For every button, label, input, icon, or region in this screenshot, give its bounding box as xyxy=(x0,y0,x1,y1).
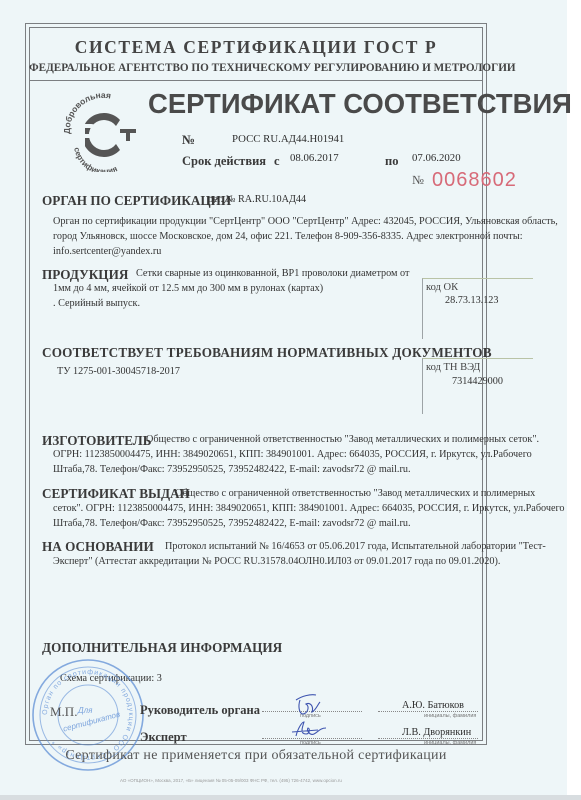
additional-info-heading: ДОПОЛНИТЕЛЬНАЯ ИНФОРМАЦИЯ xyxy=(42,640,282,656)
manufacturer-line-1: Общество с ограниченной ответственностью… xyxy=(146,432,539,448)
product-line-1: Сетки сварные из оцинкованной, ВР1 прово… xyxy=(136,266,409,282)
printer-imprint: АО «ОПЦИОН», Москва, 2017, «Б» лицензия … xyxy=(120,778,342,783)
manufacturer-line-3: Штаба,78. Телефон/Факс: 73952950525, 739… xyxy=(53,462,411,478)
certification-body-line-1: Орган по сертификации продукции "СертЦен… xyxy=(53,214,558,230)
expert-name-line xyxy=(378,738,478,739)
head-name-line xyxy=(378,711,478,712)
paper-edge xyxy=(567,0,581,800)
certification-body-heading: ОРГАН ПО СЕРТИФИКАЦИИ xyxy=(42,193,231,209)
agency-name: ФЕДЕРАЛЬНОЕ АГЕНТСТВО ПО ТЕХНИЧЕСКОМУ РЕ… xyxy=(29,62,483,74)
basis-line-2: Эксперт" (Аттестат аккредитации № РОСС R… xyxy=(53,554,500,570)
normative-document: ТУ 1275-001-30045718-2017 xyxy=(57,364,180,380)
manufacturer-line-2: ОГРН: 1123850004475, ИНН: 3849020651, КП… xyxy=(53,447,532,463)
basis-heading: НА ОСНОВАНИИ xyxy=(42,539,154,555)
valid-to-label: по xyxy=(385,154,398,169)
issued-to-heading: СЕРТИФИКАТ ВЫДАН xyxy=(42,486,190,502)
issued-to-line-1: Общество с ограниченной ответственностью… xyxy=(175,486,535,502)
basis-line-1: Протокол испытаний № 16/4653 от 05.06.20… xyxy=(165,539,546,555)
expert-name: Л.В. Дворянкин xyxy=(402,727,471,738)
okpd-code-value: 28.73.13.123 xyxy=(445,295,498,306)
expert-label: Эксперт xyxy=(140,730,187,745)
system-title: СИСТЕМА СЕРТИФИКАЦИИ ГОСТ Р xyxy=(29,37,483,58)
issued-to-line-3: Штаба,78. Телефон/Факс: 73952950525, 739… xyxy=(53,516,411,532)
header-divider xyxy=(30,80,483,81)
okpd-code-label: код ОК xyxy=(426,282,458,293)
tnved-code-label: код ТН ВЭД xyxy=(426,362,480,373)
voluntary-certification-note: Сертификат не применяется при обязательн… xyxy=(29,748,483,764)
svg-text:Для: Для xyxy=(77,706,93,715)
expert-name-caption: инициалы, фамилия xyxy=(424,740,476,746)
tnved-code-value: 7314429000 xyxy=(452,376,503,387)
certification-body-line-2: город Ульяновск, шоссе Московское, дом 2… xyxy=(53,229,523,245)
issued-to-line-2: сеток". ОГРН: 1123850004475, ИНН: 384902… xyxy=(53,501,565,517)
head-name: А.Ю. Батюков xyxy=(402,700,464,711)
blank-number-label: № xyxy=(412,173,424,188)
valid-from-date: 08.06.2017 xyxy=(290,152,339,164)
head-signature-icon xyxy=(290,692,326,718)
blank-serial-number: 0068602 xyxy=(432,169,517,192)
scan-bottom-edge xyxy=(0,795,581,800)
product-line-2: 1мм до 4 мм, ячейкой от 12.5 мм до 300 м… xyxy=(53,281,323,297)
validity-label: Срок действия xyxy=(182,154,266,169)
valid-to-date: 07.06.2020 xyxy=(412,152,461,164)
product-line-3: . Серийный выпуск. xyxy=(53,296,140,312)
certificate-number: РОСС RU.АД44.Н01941 xyxy=(232,133,344,145)
head-name-caption: инициалы, фамилия xyxy=(424,713,476,719)
certification-body-email: info.sertcenter@yandex.ru xyxy=(53,244,161,260)
rst-logo-icon: Добровольная сертификация xyxy=(58,92,148,172)
head-of-body-label: Руководитель органа xyxy=(140,703,260,718)
certificate-title: СЕРТИФИКАТ СООТВЕТСТВИЯ xyxy=(148,88,572,120)
expert-signature-caption: подпись xyxy=(300,740,321,746)
stamp-place-label: М.П. xyxy=(50,704,77,720)
certification-body-reg: рег. № RA.RU.10АД44 xyxy=(208,194,306,205)
number-label: № xyxy=(182,132,195,148)
valid-from-label: с xyxy=(274,154,280,169)
expert-signature-icon xyxy=(288,718,328,740)
